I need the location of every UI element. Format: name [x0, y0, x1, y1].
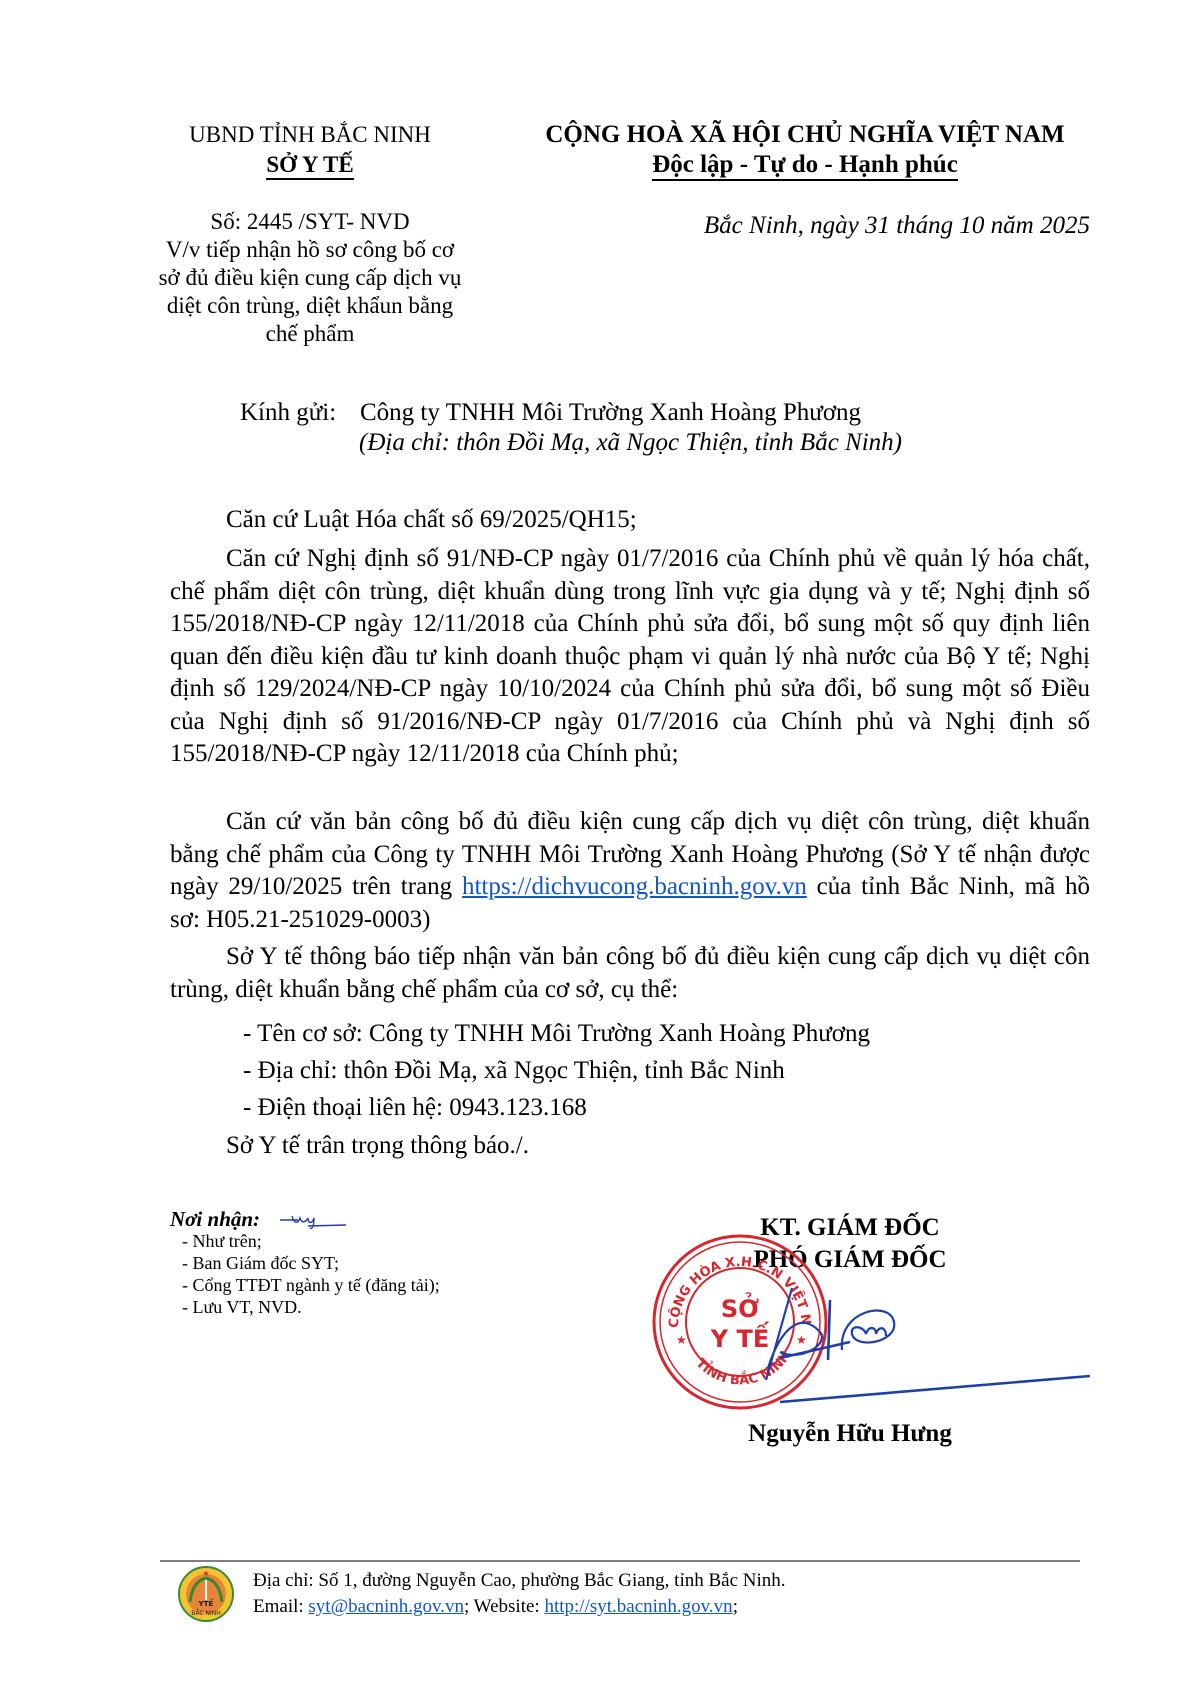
footer-divider — [160, 1560, 1080, 1562]
subject-line: V/v tiếp nhận hồ sơ công bố cơ — [140, 236, 480, 264]
svg-text:YTẾ: YTẾ — [198, 1598, 214, 1608]
recipient-item: - Ban Giám đốc SYT; — [170, 1252, 440, 1274]
handwritten-initials-icon — [278, 1210, 348, 1232]
email-label: Email: — [253, 1596, 308, 1617]
signer-name: Nguyễn Hữu Hưng — [700, 1420, 1000, 1448]
subject-line: chế phẩm — [140, 320, 480, 348]
addressee: Kính gửi:Công ty TNHH Môi Trường Xanh Ho… — [240, 397, 861, 429]
svg-text:★: ★ — [676, 1333, 687, 1347]
recipient-item: - Lưu VT, NVD. — [170, 1296, 440, 1318]
footer-trailing: ; — [733, 1596, 738, 1617]
subject-line: sở đủ điều kiện cung cấp dịch vụ — [140, 264, 480, 292]
addressee-address: (Địa chỉ: thôn Đồi Mạ, xã Ngọc Thiện, tỉ… — [359, 429, 902, 457]
footer-contact: Địa chỉ: Số 1, đường Nguyễn Cao, phường … — [253, 1568, 786, 1620]
national-title-block: CỘNG HOÀ XÃ HỘI CHỦ NGHĨA VIỆT NAM Độc l… — [520, 120, 1090, 181]
department-name: SỞ Y TẾ — [266, 152, 353, 180]
dichvucong-link[interactable]: https://dichvucong.bacninh.gov.vn — [462, 873, 807, 900]
paragraph-legal-basis-3: Căn cứ văn bản công bố đủ điều kiện cung… — [170, 806, 1090, 936]
handwritten-signature-icon — [760, 1270, 1100, 1410]
email-link[interactable]: syt@bacninh.gov.vn — [308, 1596, 464, 1617]
subject-line: diệt côn trùng, diệt khẩun bằng — [140, 292, 480, 320]
health-department-logo-icon: ★ YTẾ BẮC NINH — [178, 1566, 234, 1622]
footer-address: Địa chỉ: Số 1, đường Nguyễn Cao, phường … — [253, 1568, 786, 1594]
svg-text:SỞ: SỞ — [721, 1290, 759, 1323]
detail-facility-address: - Địa chỉ: thôn Đồi Mạ, xã Ngọc Thiện, t… — [243, 1055, 785, 1087]
document-reference: Số: 2445 /SYT- NVD V/v tiếp nhận hồ sơ c… — [140, 208, 480, 348]
website-link[interactable]: http://syt.bacninh.gov.vn — [544, 1596, 732, 1617]
paragraph-legal-basis-2: Căn cứ Nghị định số 91/NĐ-CP ngày 01/7/2… — [170, 543, 1090, 771]
issuing-authority-block: UBND TỈNH BẮC NINH SỞ Y TẾ — [150, 120, 470, 180]
paragraph-notice: Sở Y tế thông báo tiếp nhận văn bản công… — [170, 941, 1090, 1006]
detail-facility-phone: - Điện thoại liên hệ: 0943.123.168 — [243, 1092, 587, 1124]
place-date: Bắc Ninh, ngày 31 tháng 10 năm 2025 — [600, 212, 1090, 240]
authority-name: UBND TỈNH BẮC NINH — [150, 120, 470, 150]
document-number: Số: 2445 /SYT- NVD — [140, 208, 480, 236]
detail-facility-name: - Tên cơ sở: Công ty TNHH Môi Trường Xan… — [243, 1018, 870, 1050]
svg-text:BẮC NINH: BẮC NINH — [191, 1609, 221, 1617]
recipient-item: - Cổng TTĐT ngành y tế (đăng tải); — [170, 1274, 440, 1296]
recipient-item: - Như trên; — [170, 1230, 440, 1252]
website-label: ; Website: — [464, 1596, 544, 1617]
addressee-label: Kính gửi: — [240, 397, 360, 429]
svg-text:★: ★ — [202, 1569, 209, 1578]
country-name: CỘNG HOÀ XÃ HỘI CHỦ NGHĨA VIỆT NAM — [520, 120, 1090, 150]
addressee-name: Công ty TNHH Môi Trường Xanh Hoàng Phươn… — [360, 399, 861, 426]
national-motto: Độc lập - Tự do - Hạnh phúc — [652, 152, 958, 181]
paragraph-legal-basis-1: Căn cứ Luật Hóa chất số 69/2025/QH15; — [170, 504, 1090, 537]
footer-links: Email: syt@bacninh.gov.vn; Website: http… — [253, 1594, 786, 1620]
closing-sentence: Sở Y tế trân trọng thông báo./. — [170, 1130, 1090, 1163]
